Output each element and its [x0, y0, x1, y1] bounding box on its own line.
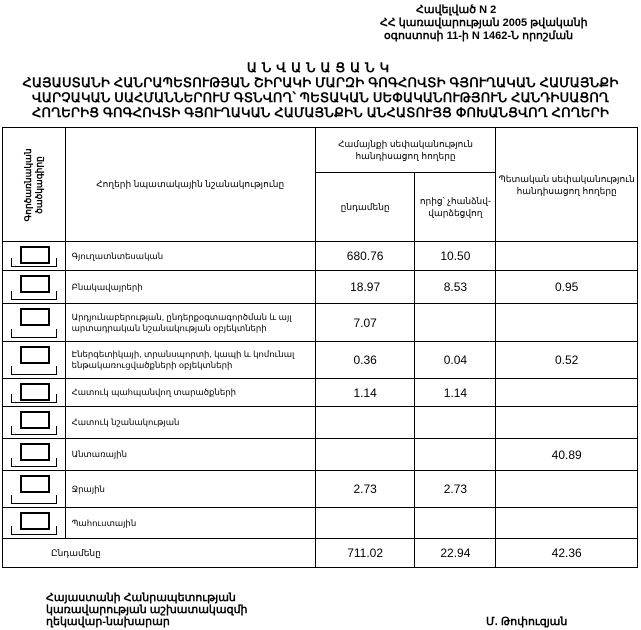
description-cell: Բնակավայրերի [65, 271, 315, 304]
signatory-name: Մ. Թոփուզյան [486, 616, 567, 628]
state-cell: 0.95 [496, 271, 638, 304]
description-cell: Էներգետիկայի, տրանսպորտի, կապի և կոմունա… [65, 342, 315, 379]
title-heading: ԱՆՎԱՆԱՑԱՆԿ [0, 60, 641, 75]
total-cell: 680.76 [315, 242, 415, 271]
total-of-which: 22.94 [415, 539, 496, 568]
code-bracket [11, 458, 57, 467]
code-bracket [11, 366, 57, 375]
code-bracket [11, 426, 57, 435]
total-cell [315, 439, 415, 471]
code-bracket [11, 495, 57, 504]
title-line-3: ՀՈՂԵՐԻՑ ԳՈԳՀՈՎՏԻ ԳՅՈՒՂԱԿԱՆ ՀԱՄԱՅՆՔԻՆ ԱՆՀ… [0, 105, 641, 120]
signatory-title: Հայաստանի Հանրապետության կառավարության ա… [46, 592, 248, 628]
of-which-cell: 8.53 [415, 271, 496, 304]
annex-number: Հավելված N 2 [380, 4, 640, 17]
table-row: Պահուստային [3, 508, 638, 539]
description-cell: Անտառային [65, 439, 315, 471]
signatory-line-1: Հայաստանի Հանրապետության [46, 592, 248, 604]
code-cell [3, 304, 66, 342]
of-which-cell [415, 304, 496, 342]
table-row: Հատուկ պահպանվող տարածքների1.141.14 [3, 379, 638, 407]
description-cell: Գյուղատնտեսական [65, 242, 315, 271]
total-cell: 1.14 [315, 379, 415, 407]
header-description: Հողերի նպատակային նշանակությունը [65, 128, 315, 242]
total-cell: 7.07 [315, 304, 415, 342]
state-cell [496, 379, 638, 407]
table-row: Արդյունաբերության, ընդերքօգտագործման և ա… [3, 304, 638, 342]
total-cell [315, 407, 415, 439]
header-code: Գործառնական ծածկագիրը [3, 128, 66, 242]
of-which-cell: 0.04 [415, 342, 496, 379]
table-row: Գյուղատնտեսական680.7610.50 [3, 242, 638, 271]
header-code-line2: ծածկագիրը [34, 148, 45, 221]
description-cell: Հատուկ նշանակության [65, 407, 315, 439]
description-cell: Ջրային [65, 471, 315, 508]
total-cell [315, 508, 415, 539]
code-cell [3, 508, 66, 539]
total-cell: 2.73 [315, 471, 415, 508]
annex-decree-date: օգոստոսի 11-ի N 1462-Ն որոշման [380, 30, 640, 43]
signatory-line-2: կառավարության աշխատակազմի [46, 604, 248, 616]
state-cell [496, 407, 638, 439]
code-cell [3, 271, 66, 304]
document-title: ԱՆՎԱՆԱՑԱՆԿ ՀԱՅԱՍՏԱՆԻ ՀԱՆՐԱՊԵՏՈՒԹՅԱՆ ՇԻՐԱ… [0, 60, 641, 120]
description-cell: Հատուկ պահպանվող տարածքների [65, 379, 315, 407]
table-row: Բնակավայրերի18.978.530.95 [3, 271, 638, 304]
total-state: 42.36 [496, 539, 638, 568]
of-which-cell: 10.50 [415, 242, 496, 271]
signatory-line-3: ղեկավար-նախարար [46, 616, 248, 628]
table-row: Ջրային2.732.73 [3, 471, 638, 508]
table-header-row: Գործառնական ծածկագիրը Հողերի նպատակային … [3, 128, 638, 173]
code-cell [3, 407, 66, 439]
total-total: 711.02 [315, 539, 415, 568]
of-which-cell [415, 508, 496, 539]
title-line-1: ՀԱՅԱՍՏԱՆԻ ՀԱՆՐԱՊԵՏՈՒԹՅԱՆ ՇԻՐԱԿԻ ՄԱՐԶԻ ԳՈ… [0, 75, 641, 90]
total-label: Ընդամենը [3, 539, 316, 568]
land-table: Գործառնական ծածկագիրը Հողերի նպատակային … [2, 127, 638, 568]
of-which-cell [415, 439, 496, 471]
code-box [20, 308, 50, 326]
header-of-which: որից՝ չհանձնվ-վարձեցվող [415, 173, 496, 242]
code-box [20, 475, 50, 493]
code-bracket [11, 394, 57, 403]
of-which-cell: 1.14 [415, 379, 496, 407]
state-cell [496, 508, 638, 539]
header-code-line1: Գործառնական [23, 148, 34, 221]
code-cell [3, 342, 66, 379]
state-cell [496, 304, 638, 342]
table-row: Էներգետիկայի, տրանսպորտի, կապի և կոմունա… [3, 342, 638, 379]
code-cell [3, 379, 66, 407]
code-bracket [11, 329, 57, 338]
state-cell [496, 242, 638, 271]
table-total-row: Ընդամենը 711.02 22.94 42.36 [3, 539, 638, 568]
table-row: Հատուկ նշանակության [3, 407, 638, 439]
code-cell [3, 242, 66, 271]
state-cell: 40.89 [496, 439, 638, 471]
code-cell [3, 471, 66, 508]
header-community-land: Համայնքի սեփականություն հանդիսացող հողեր… [315, 128, 496, 173]
of-which-cell: 2.73 [415, 471, 496, 508]
code-box [20, 346, 50, 364]
total-cell: 18.97 [315, 271, 415, 304]
code-bracket [11, 526, 57, 535]
of-which-cell [415, 407, 496, 439]
code-cell [3, 439, 66, 471]
description-cell: Պահուստային [65, 508, 315, 539]
header-state-land: Պետական սեփականություն հանդիսացող հողերը [496, 128, 638, 242]
code-bracket [11, 258, 57, 267]
table-row: Անտառային40.89 [3, 439, 638, 471]
annex-header: Հավելված N 2 ՀՀ կառավարության 2005 թվակա… [380, 4, 640, 43]
state-cell [496, 471, 638, 508]
header-total: ընդամենը [315, 173, 415, 242]
annex-decree: ՀՀ կառավարության 2005 թվականի [380, 17, 640, 30]
title-line-2: ՎԱՐՉԱԿԱՆ ՍԱՀՄԱՆՆԵՐՈՒՄ ԳՏՆՎՈՂ՝ ՊԵՏԱԿԱՆ ՍԵ… [0, 90, 641, 105]
state-cell: 0.52 [496, 342, 638, 379]
description-cell: Արդյունաբերության, ընդերքօգտագործման և ա… [65, 304, 315, 342]
code-bracket [11, 291, 57, 300]
total-cell: 0.36 [315, 342, 415, 379]
